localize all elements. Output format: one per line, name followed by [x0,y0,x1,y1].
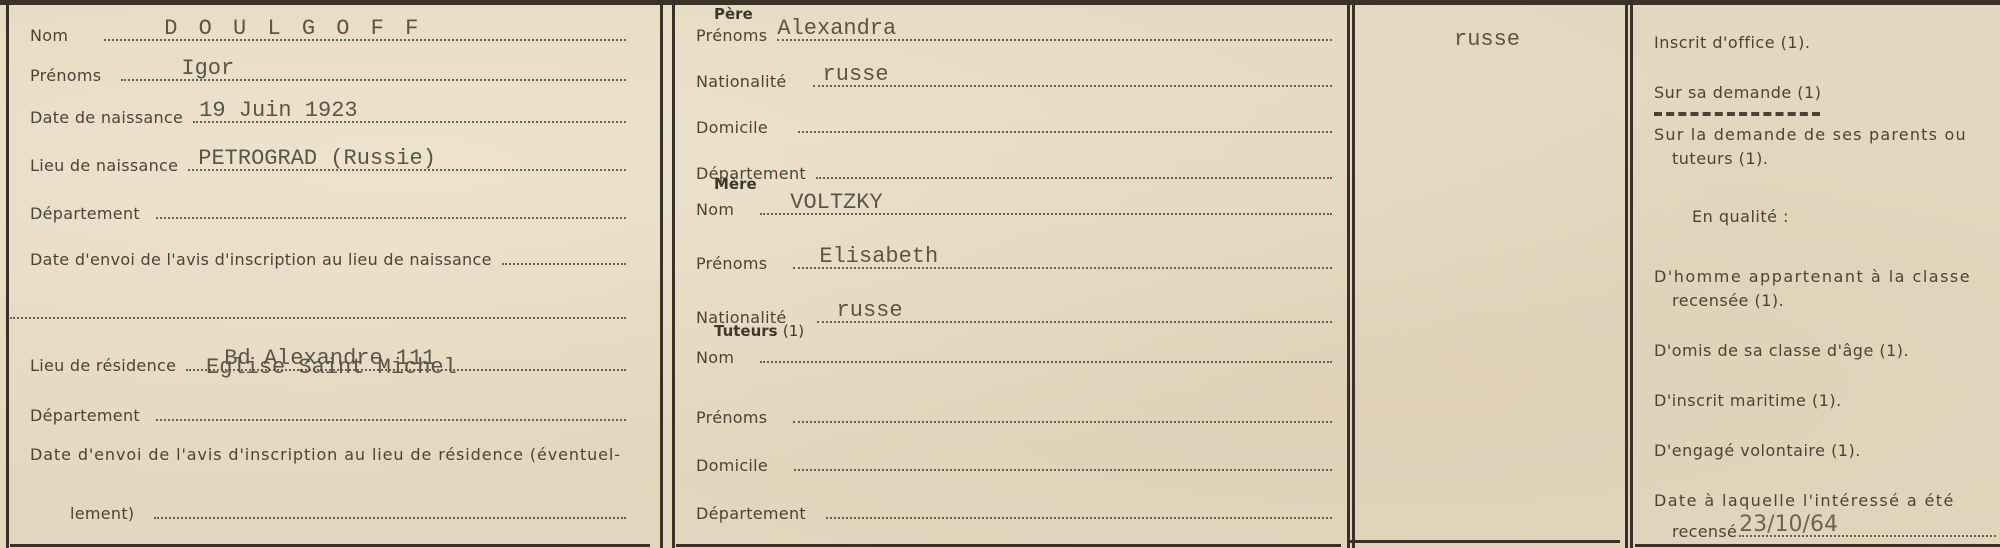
field-date-envoi-residence-2: lement) [70,495,630,523]
label-domicile: Domicile [696,118,768,137]
line: Alexandra [777,17,1332,41]
inscription-section: Inscrit d'office (1). Sur sa demande (1)… [1654,5,2000,548]
line: Elisabeth [793,245,1332,269]
domicile-input[interactable] [798,109,1332,133]
field-date-envoi-naissance: Date d'envoi de l'avis d'inscription au … [30,241,630,269]
departement-input[interactable] [156,195,626,219]
label-lieu-naissance: Lieu de naissance [30,156,178,175]
parents-section: Père Prénoms Alexandra Nationalité russe… [696,5,1336,548]
line: D O U L G O F F [104,17,626,41]
blank-line [10,295,630,323]
field-date-envoi-residence: Date d'envoi de l'avis d'inscription au … [30,445,630,464]
en-qualite-label: En qualité : [1654,205,2000,229]
departement-input[interactable] [816,155,1332,179]
value-date-recense[interactable]: 23/10/64 [1739,512,1838,537]
field-nom: Nom D O U L G O F F [30,17,630,45]
option-inscrit-maritime[interactable]: D'inscrit maritime (1). [1654,389,2000,413]
option-sur-demande-parents-cont: tuteurs (1). [1654,147,2000,171]
value-mere-prenoms[interactable]: Elisabeth [819,244,938,269]
option-sur-demande-parents[interactable]: Sur la demande de ses parents ou [1654,123,2000,147]
label-nom: Nom [696,348,734,367]
column-divider [1352,0,1355,548]
date-recense-label: Date à laquelle l'intéressé a été [1654,489,2000,513]
column-divider [1625,0,1628,548]
field-date-naissance: Date de naissance 19 Juin 1923 [30,99,630,127]
option-omis[interactable]: D'omis de sa classe d'âge (1). [1654,339,2000,363]
label-date-envoi-residence: Date d'envoi de l'avis d'inscription au … [30,445,621,464]
value-mere-nationalite[interactable]: russe [837,298,903,323]
date-envoi-naissance-input[interactable] [502,241,626,265]
tuteurs-domicile-input[interactable] [794,447,1332,471]
heading-tuteurs: Tuteurs (1) [714,322,804,340]
field-pere-nationalite: Nationalité russe [696,63,1336,91]
field-tuteurs-departement: Département [696,495,1336,523]
label-prenoms: Prénoms [696,408,767,427]
field-pere-departement: Département [696,155,1336,183]
value-lieu-naissance[interactable]: PETROGRAD (Russie) [198,146,436,171]
tuteurs-label: Tuteurs [714,322,778,340]
label-departement: Département [30,204,140,223]
line: 19 Juin 1923 [193,99,626,123]
label-nom: Nom [30,26,68,45]
label-nom: Nom [696,200,734,219]
option-inscrit-office[interactable]: Inscrit d'office (1). [1654,31,2000,55]
field-pere-prenoms: Prénoms Alexandra [696,17,1336,45]
label-prenoms: Prénoms [696,26,767,45]
option-engage-volontaire[interactable]: D'engagé volontaire (1). [1654,439,2000,463]
column-divider [660,0,663,548]
column-divider [672,0,675,548]
label-departement: Département [30,406,140,425]
nationality-column: russe [1356,5,1624,548]
line: Igor [121,57,626,81]
field-departement-1: Département [30,195,630,223]
line: russe [817,299,1332,323]
label-recense: recensé [1672,522,1737,541]
identity-section: Nom D O U L G O F F Prénoms Igor Date de… [30,5,630,548]
date-envoi-residence-input[interactable] [154,495,626,519]
label-date-naissance: Date de naissance [30,108,183,127]
left-border [6,0,9,548]
strike-dash [1654,112,1820,116]
field-tuteurs-nom: Nom [696,339,1336,367]
tuteurs-departement-input[interactable] [826,495,1332,519]
label-domicile: Domicile [696,456,768,475]
option-sur-sa-demande[interactable]: Sur sa demande (1) [1654,81,2000,105]
field-date-recense: recensé 23/10/64 [1672,513,2000,541]
tuteurs-prenoms-input[interactable] [793,399,1332,423]
blank-input[interactable] [10,295,626,319]
line: russe [813,63,1332,87]
label-prenoms: Prénoms [696,254,767,273]
field-mere-prenoms: Prénoms Elisabeth [696,245,1336,273]
field-lieu-naissance: Lieu de naissance PETROGRAD (Russie) [30,147,630,175]
field-mere-nom: Nom VOLTZKY [696,191,1336,219]
column-divider [1347,0,1350,548]
option-homme-classe-cont: recensée (1). [1654,289,2000,313]
value-date-naissance[interactable]: 19 Juin 1923 [199,98,357,123]
field-pere-domicile: Domicile [696,109,1336,137]
value-nom[interactable]: D O U L G O F F [164,16,422,41]
field-departement-2: Département [30,397,630,425]
tuteurs-note: (1) [783,322,804,340]
field-prenoms: Prénoms Igor [30,57,630,85]
value-prenoms[interactable]: Igor [181,56,234,81]
field-tuteurs-prenoms: Prénoms [696,399,1336,427]
label-departement: Département [696,504,806,523]
value-mere-nom[interactable]: VOLTZKY [790,190,882,215]
label-nationalite: Nationalité [696,72,787,91]
field-tuteurs-domicile: Domicile [696,447,1336,475]
value-pere-nationalite[interactable]: russe [823,62,889,87]
value-pere-prenoms[interactable]: Alexandra [777,16,896,41]
label-date-envoi-naissance: Date d'envoi de l'avis d'inscription au … [30,250,492,269]
option-homme-classe[interactable]: D'homme appartenant à la classe [1654,265,2000,289]
value-nationality[interactable]: russe [1454,27,1520,52]
line: VOLTZKY [760,191,1332,215]
line: 23/10/64 [1739,513,1996,537]
label-date-envoi-residence-cont: lement) [70,504,134,523]
label-prenoms: Prénoms [30,66,101,85]
line: PETROGRAD (Russie) [188,147,626,171]
column-divider [1630,0,1633,548]
departement-input[interactable] [156,397,626,421]
tuteurs-nom-input[interactable] [760,339,1332,363]
label-lieu-residence: Lieu de résidence [30,356,176,375]
